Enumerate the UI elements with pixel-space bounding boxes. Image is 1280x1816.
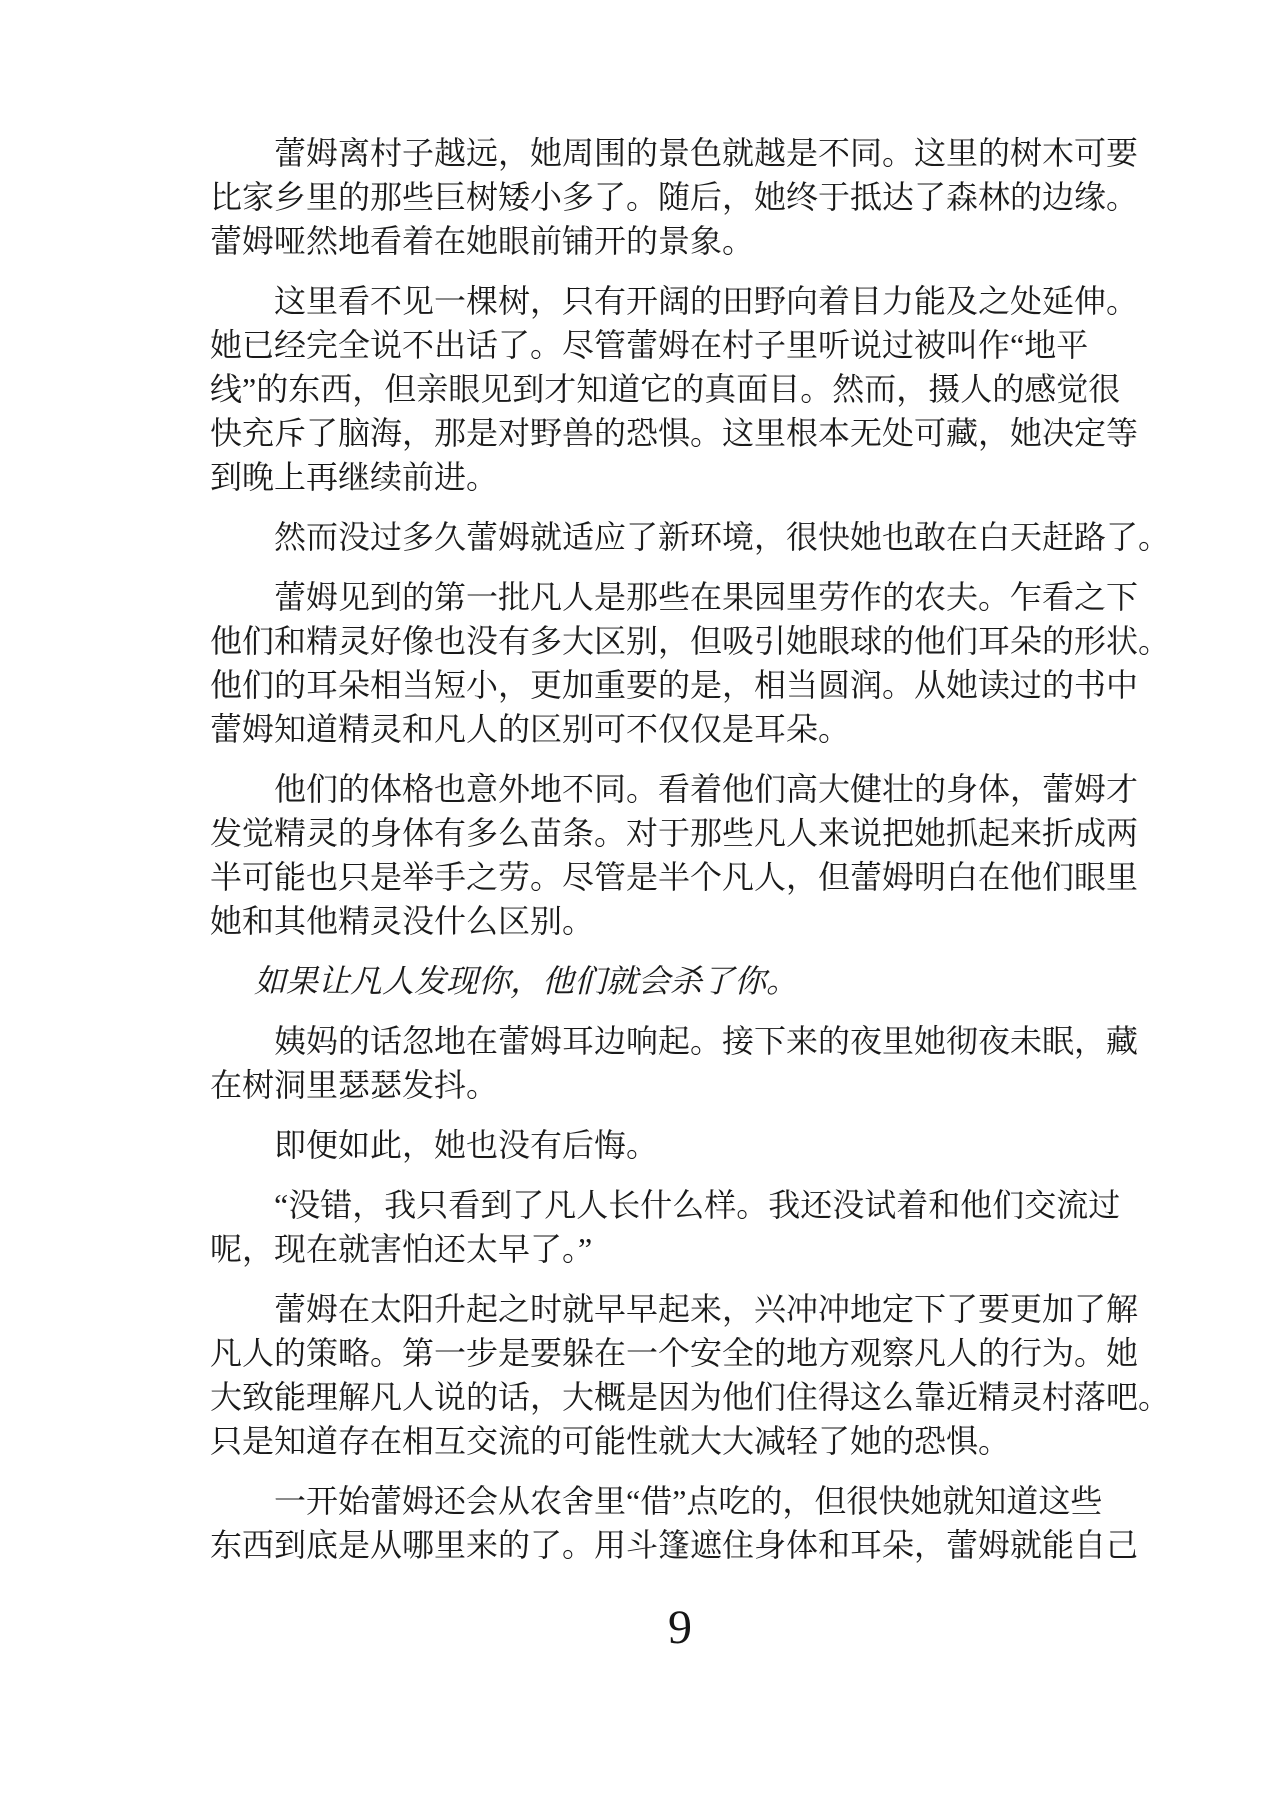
text-line: 他们的体格也意外地不同。看着他们高大健壮的身体，蕾姆才 xyxy=(210,767,1150,811)
paragraph: 这里看不见一棵树，只有开阔的田野向着目力能及之处延伸。她已经完全说不出话了。尽管… xyxy=(210,279,1150,499)
page-number: 9 xyxy=(640,1602,720,1654)
text-line: 即便如此，她也没有后悔。 xyxy=(210,1123,1150,1167)
text-line: 她已经完全说不出话了。尽管蕾姆在村子里听说过被叫作“地平 xyxy=(210,323,1150,367)
text-line: 大致能理解凡人说的话，大概是因为他们住得这么靠近精灵村落吧。 xyxy=(210,1375,1150,1419)
text-line: 他们和精灵好像也没有多大区别，但吸引她眼球的他们耳朵的形状。 xyxy=(210,619,1150,663)
paragraph: 一开始蕾姆还会从农舍里“借”点吃的，但很快她就知道这些东西到底是从哪里来的了。用… xyxy=(210,1479,1150,1567)
text-line: 半可能也只是举手之劳。尽管是半个凡人，但蕾姆明白在他们眼里 xyxy=(210,855,1150,899)
text-line: 快充斥了脑海，那是对野兽的恐惧。这里根本无处可藏，她决定等 xyxy=(210,411,1150,455)
text-line: 蕾姆在太阳升起之时就早早起来，兴冲冲地定下了要更加了解 xyxy=(210,1287,1150,1331)
text-line: 然而没过多久蕾姆就适应了新环境，很快她也敢在白天赶路了。 xyxy=(210,515,1150,559)
paragraph: 蕾姆离村子越远，她周围的景色就越是不同。这里的树木可要比家乡里的那些巨树矮小多了… xyxy=(210,131,1150,263)
text-line: 只是知道存在相互交流的可能性就大大减轻了她的恐惧。 xyxy=(210,1419,1150,1463)
paragraph: 蕾姆见到的第一批凡人是那些在果园里劳作的农夫。乍看之下他们和精灵好像也没有多大区… xyxy=(210,575,1150,751)
text-line: 东西到底是从哪里来的了。用斗篷遮住身体和耳朵，蕾姆就能自己 xyxy=(210,1523,1150,1567)
text-line: 如果让凡人发现你，他们就会杀了你。 xyxy=(210,959,1150,1003)
paragraph: 然而没过多久蕾姆就适应了新环境，很快她也敢在白天赶路了。 xyxy=(210,515,1150,559)
text-line: 在树洞里瑟瑟发抖。 xyxy=(210,1063,1150,1107)
text-line: 姨妈的话忽地在蕾姆耳边响起。接下来的夜里她彻夜未眠，藏 xyxy=(210,1019,1150,1063)
paragraph-italic: 如果让凡人发现你，他们就会杀了你。 xyxy=(210,959,1150,1003)
text-line: 凡人的策略。第一步是要躲在一个安全的地方观察凡人的行为。她 xyxy=(210,1331,1150,1375)
page-text-block: 蕾姆离村子越远，她周围的景色就越是不同。这里的树木可要比家乡里的那些巨树矮小多了… xyxy=(210,131,1150,1567)
paragraph: “没错，我只看到了凡人长什么样。我还没试着和他们交流过呢，现在就害怕还太早了。” xyxy=(210,1183,1150,1271)
text-line: 到晚上再继续前进。 xyxy=(210,455,1150,499)
text-line: 蕾姆离村子越远，她周围的景色就越是不同。这里的树木可要 xyxy=(210,131,1150,175)
text-line: 蕾姆哑然地看着在她眼前铺开的景象。 xyxy=(210,219,1150,263)
paragraph: 即便如此，她也没有后悔。 xyxy=(210,1123,1150,1167)
text-line: 他们的耳朵相当短小，更加重要的是，相当圆润。从她读过的书中 xyxy=(210,663,1150,707)
book-page: 蕾姆离村子越远，她周围的景色就越是不同。这里的树木可要比家乡里的那些巨树矮小多了… xyxy=(0,0,1280,1816)
text-line: 呢，现在就害怕还太早了。” xyxy=(210,1227,1150,1271)
text-line: 一开始蕾姆还会从农舍里“借”点吃的，但很快她就知道这些 xyxy=(210,1479,1150,1523)
text-line: 比家乡里的那些巨树矮小多了。随后，她终于抵达了森林的边缘。 xyxy=(210,175,1150,219)
paragraph: 他们的体格也意外地不同。看着他们高大健壮的身体，蕾姆才发觉精灵的身体有多么苗条。… xyxy=(210,767,1150,943)
text-line: 蕾姆知道精灵和凡人的区别可不仅仅是耳朵。 xyxy=(210,707,1150,751)
text-line: “没错，我只看到了凡人长什么样。我还没试着和他们交流过 xyxy=(210,1183,1150,1227)
text-line: 蕾姆见到的第一批凡人是那些在果园里劳作的农夫。乍看之下 xyxy=(210,575,1150,619)
text-line: 发觉精灵的身体有多么苗条。对于那些凡人来说把她抓起来折成两 xyxy=(210,811,1150,855)
text-line: 线”的东西，但亲眼见到才知道它的真面目。然而，摄人的感觉很 xyxy=(210,367,1150,411)
text-line: 这里看不见一棵树，只有开阔的田野向着目力能及之处延伸。 xyxy=(210,279,1150,323)
paragraph: 蕾姆在太阳升起之时就早早起来，兴冲冲地定下了要更加了解凡人的策略。第一步是要躲在… xyxy=(210,1287,1150,1463)
paragraph: 姨妈的话忽地在蕾姆耳边响起。接下来的夜里她彻夜未眠，藏在树洞里瑟瑟发抖。 xyxy=(210,1019,1150,1107)
text-line: 她和其他精灵没什么区别。 xyxy=(210,899,1150,943)
